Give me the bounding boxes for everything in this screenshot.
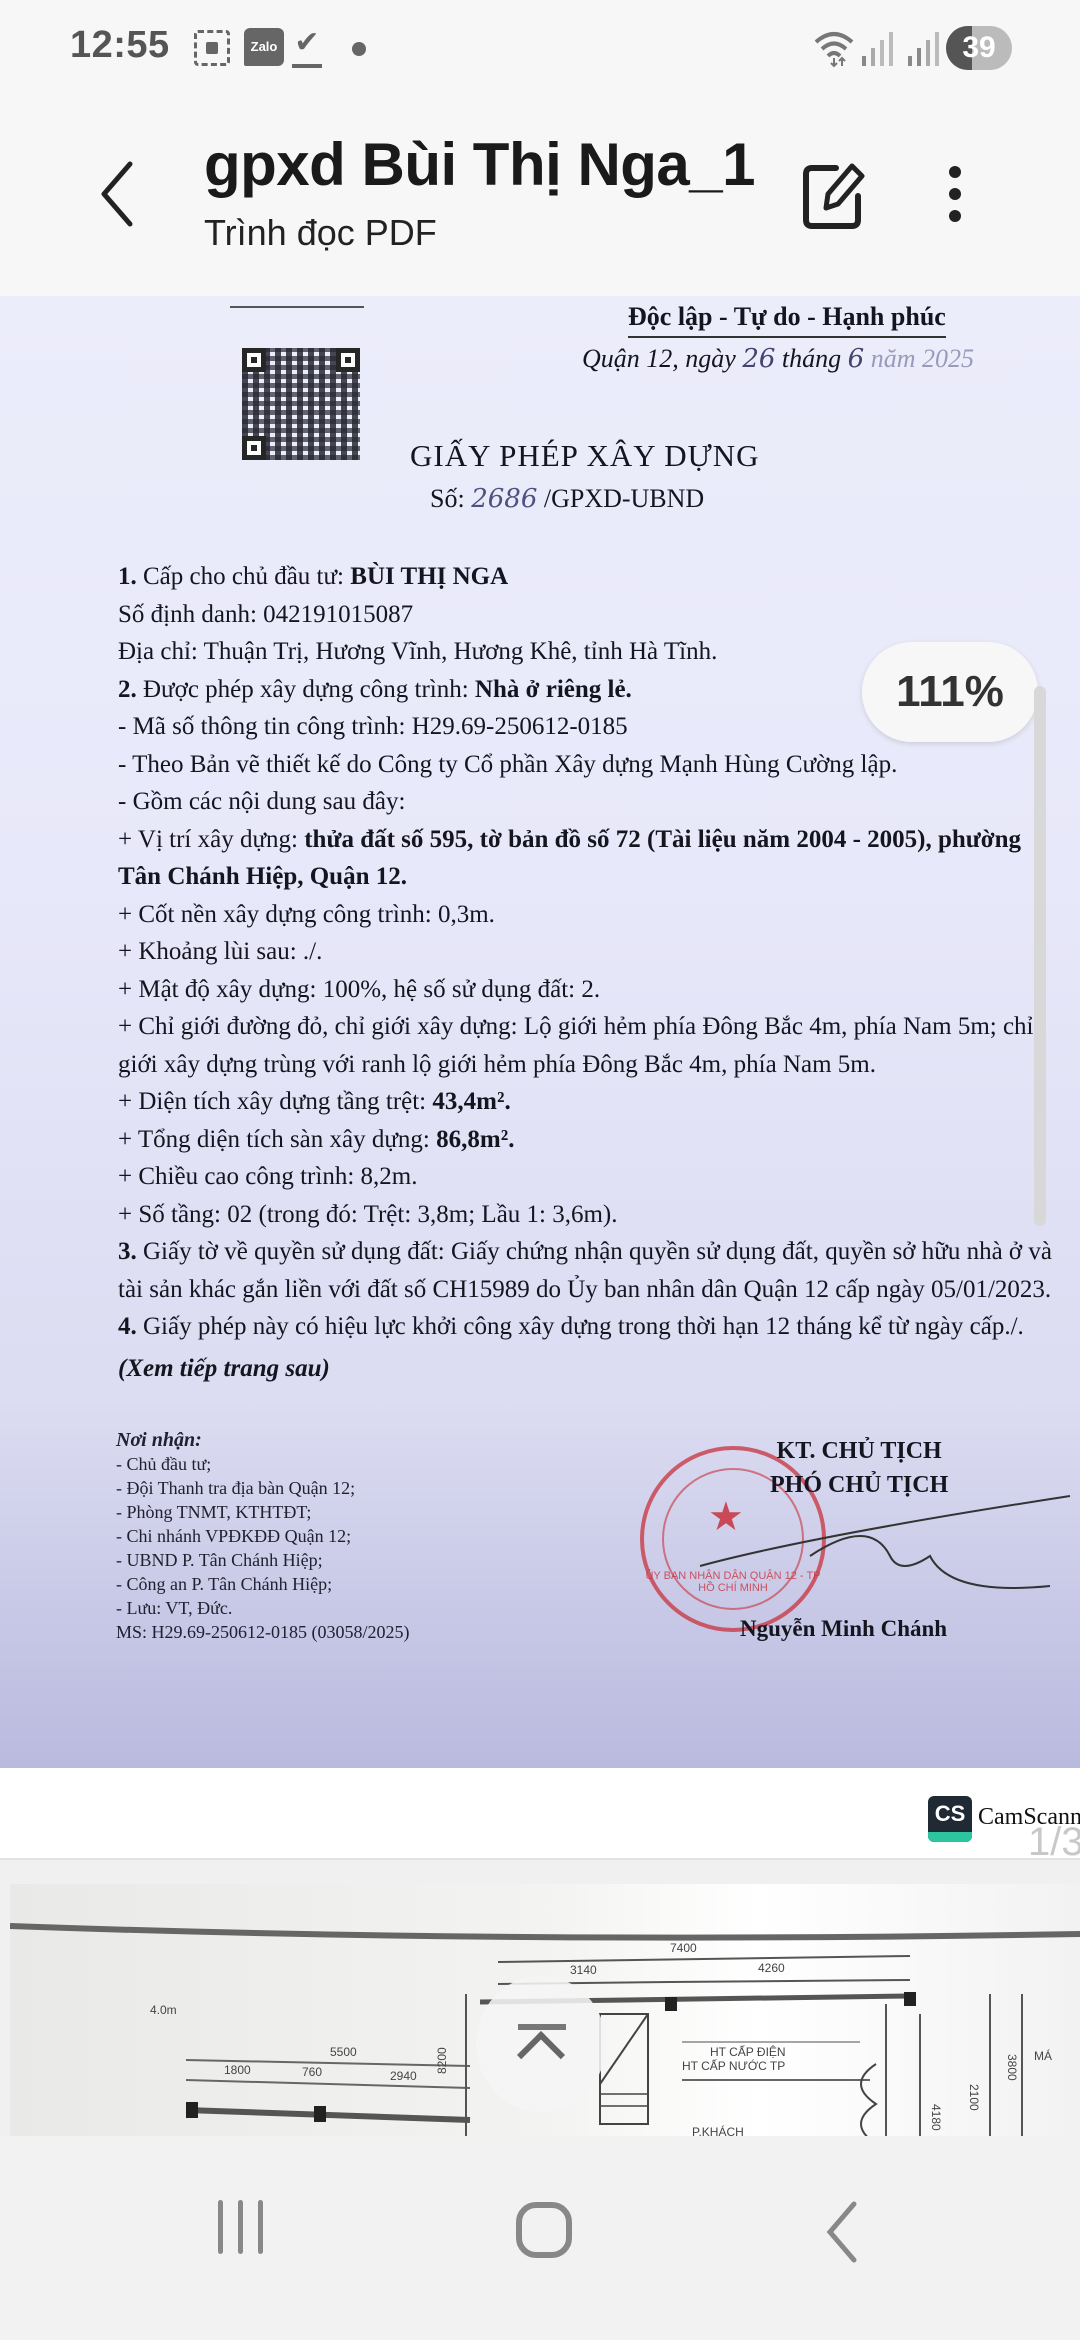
svg-text:8200: 8200 [435,2047,449,2074]
permit-line: 1. Cấp cho chủ đầu tư: BÙI THỊ NGA [118,558,1058,596]
svg-text:2940: 2940 [390,2069,417,2083]
home-button[interactable] [516,2202,572,2258]
permit-line: 4. Giấy phép này có hiệu lực khởi công x… [118,1308,1058,1346]
camscanner-logo-icon: CS [928,1796,972,1842]
status-time: 12:55 [70,24,170,67]
svg-text:MÁ: MÁ [1034,2048,1052,2063]
continue-note: (Xem tiếp trang sau) [118,1350,1058,1388]
signer-name: Nguyễn Minh Chánh [740,1616,947,1642]
header-underline [230,306,364,308]
permit-line: + Số tầng: 02 (trong đó: Trệt: 3,8m; Lầu… [118,1196,1058,1234]
vertical-scrollbar[interactable] [1034,686,1046,1226]
qr-code [242,348,360,460]
svg-text:P.KHÁCH: P.KHÁCH [692,2124,744,2136]
issue-date: Quận 12, ngày 26 tháng 6 năm 2025 [582,344,974,374]
permit-line: Số định danh: 042191015087 [118,596,1058,634]
recipient-item: - Chi nhánh VPĐKĐĐ Quận 12; [116,1524,410,1548]
battery-indicator: 39 [946,26,1012,70]
scroll-top-bar-icon [518,2024,566,2030]
recipient-item: - Công an P. Tân Chánh Hiệp; [116,1572,410,1596]
screenshot-icon [194,30,230,66]
recipient-item: - UBND P. Tân Chánh Hiệp; [116,1548,410,1572]
svg-text:760: 760 [302,2065,322,2079]
back-button[interactable] [90,154,150,234]
permit-line: 3. Giấy tờ về quyền sử dụng đất: Giấy ch… [118,1233,1058,1308]
signal-icon-sim1 [858,30,898,66]
page-separator [0,1768,1080,1858]
battery-level: 39 [946,26,1012,70]
notification-dot-icon [352,42,366,56]
permit-line: - Theo Bản vẽ thiết kế do Công ty Cổ phầ… [118,746,1058,784]
recipient-item: - Lưu: VT, Đức. [116,1596,410,1620]
permit-number: Số: 2686 /GPXD-UBND [430,484,704,514]
svg-text:1800: 1800 [224,2063,251,2077]
recipient-item: - Đội Thanh tra địa bàn Quận 12; [116,1476,410,1500]
permit-line: + Cốt nền xây dựng công trình: 0,3m. [118,896,1058,934]
svg-text:4260: 4260 [758,1961,785,1975]
recipients-heading: Nơi nhận: [116,1428,410,1452]
page-gap [0,1858,1080,1884]
permit-line: + Diện tích xây dựng tầng trệt: 43,4m². [118,1083,1058,1121]
pdf-page-1[interactable]: Độc lập - Tự do - Hạnh phúc Quận 12, ngà… [0,296,1080,1768]
recipients-block: Nơi nhận: - Chủ đầu tư;- Đội Thanh tra đ… [116,1428,410,1644]
zoom-level-badge: 111% [862,642,1038,742]
svg-text:7400: 7400 [670,1941,697,1955]
svg-text:3800: 3800 [1005,2054,1019,2081]
svg-text:3140: 3140 [570,1963,597,1977]
handwritten-month: 6 [848,344,865,374]
document-title: gpxd Bùi Thị Nga_1 [204,130,755,199]
permit-line: + Chiều cao công trình: 8,2m. [118,1158,1058,1196]
scroll-to-top-button[interactable] [476,1976,606,2112]
app-bar: gpxd Bùi Thị Nga_1 Trình đọc PDF [0,96,1080,296]
chevron-up-icon [517,2031,565,2079]
recent-apps-button[interactable] [212,2200,268,2260]
handwritten-day: 26 [742,344,775,374]
ms-code: MS: H29.69-250612-0185 (03058/2025) [116,1620,410,1644]
svg-text:HT CẤP ĐIỆN: HT CẤP ĐIỆN [710,2044,786,2059]
national-motto: Độc lập - Tự do - Hạnh phúc [628,302,946,338]
download-done-icon: ✔ [292,28,322,68]
svg-text:5500: 5500 [330,2045,357,2059]
app-subtitle: Trình đọc PDF [204,212,437,254]
signature-title: KT. CHỦ TỊCH PHÓ CHỦ TỊCH [770,1434,948,1502]
permit-line: + Vị trí xây dựng: thửa đất số 595, tờ b… [118,821,1058,896]
svg-text:HT CẤP NƯỚC TP: HT CẤP NƯỚC TP [682,2058,785,2073]
recipient-item: - Phòng TNMT, KTHTĐT; [116,1500,410,1524]
svg-text:2100: 2100 [967,2084,981,2111]
pdf-viewer[interactable]: Độc lập - Tự do - Hạnh phúc Quận 12, ngà… [0,296,1080,2136]
zalo-icon: Zalo [244,28,284,66]
permit-line: + Mật độ xây dựng: 100%, hệ số sử dụng đ… [118,971,1058,1009]
svg-text:4180: 4180 [929,2104,943,2131]
signal-icon-sim2 [904,30,944,66]
more-options-icon[interactable] [930,156,980,232]
svg-text:4.0m: 4.0m [150,2003,177,2017]
status-bar: 12:55 Zalo ✔ 39 [0,0,1080,96]
permit-line: - Gồm các nội dung sau đây: [118,783,1058,821]
permit-title: GIẤY PHÉP XÂY DỰNG [410,438,759,474]
permit-line: + Chỉ giới đường đỏ, chỉ giới xây dựng: … [118,1008,1058,1083]
edit-pen-icon[interactable] [800,156,870,232]
wifi-icon [812,28,856,68]
nav-back-button[interactable] [820,2198,870,2264]
permit-line: + Tổng diện tích sàn xây dựng: 86,8m². [118,1121,1058,1159]
system-nav-bar [0,2136,1080,2340]
permit-line: + Khoảng lùi sau: ./. [118,933,1058,971]
recipient-item: - Chủ đầu tư; [116,1452,410,1476]
